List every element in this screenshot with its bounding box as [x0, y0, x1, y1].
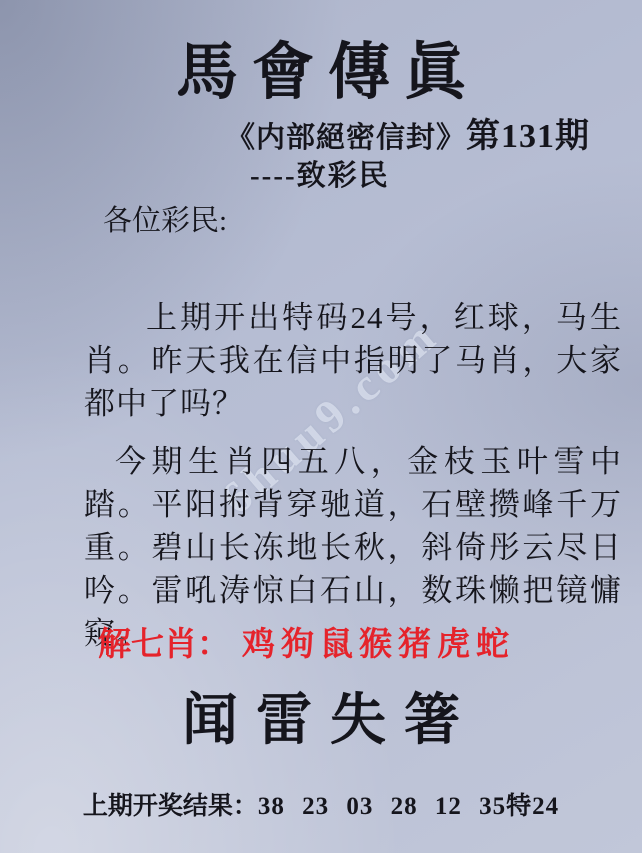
fax-letter-page: 6huu9.com 馬會傳眞 《内部絕密信封》第131期 ----致彩民 各位彩…	[0, 0, 642, 853]
body-paragraph-1: 上期开出特码24号，红球，马生肖。昨天我在信中指明了马肖，大家都中了吗？	[84, 296, 622, 425]
issue-envelope-label: 《内部絕密信封》	[226, 122, 466, 154]
seven-xiao-label: 解七肖：	[98, 627, 230, 663]
issue-number: 第131期	[466, 118, 590, 155]
seven-xiao-animals: 鸡狗鼠猴猪虎蛇	[242, 627, 515, 663]
result-line: 上期开奖结果：38 23 03 28 12 35特24	[0, 786, 642, 822]
page-title: 馬會傳眞	[0, 22, 642, 111]
result-numbers: 38 23 03 28 12 35特24	[258, 793, 559, 820]
idiom-line: 闻雷失箸	[0, 676, 642, 756]
salutation: 各位彩民:	[103, 198, 227, 239]
dedication-line: ----致彩民	[250, 153, 390, 194]
result-label: 上期开奖结果：	[83, 793, 258, 820]
issue-line: 《内部絕密信封》第131期	[226, 108, 590, 157]
seven-xiao-line: 解七肖：鸡狗鼠猴猪虎蛇	[98, 618, 515, 665]
